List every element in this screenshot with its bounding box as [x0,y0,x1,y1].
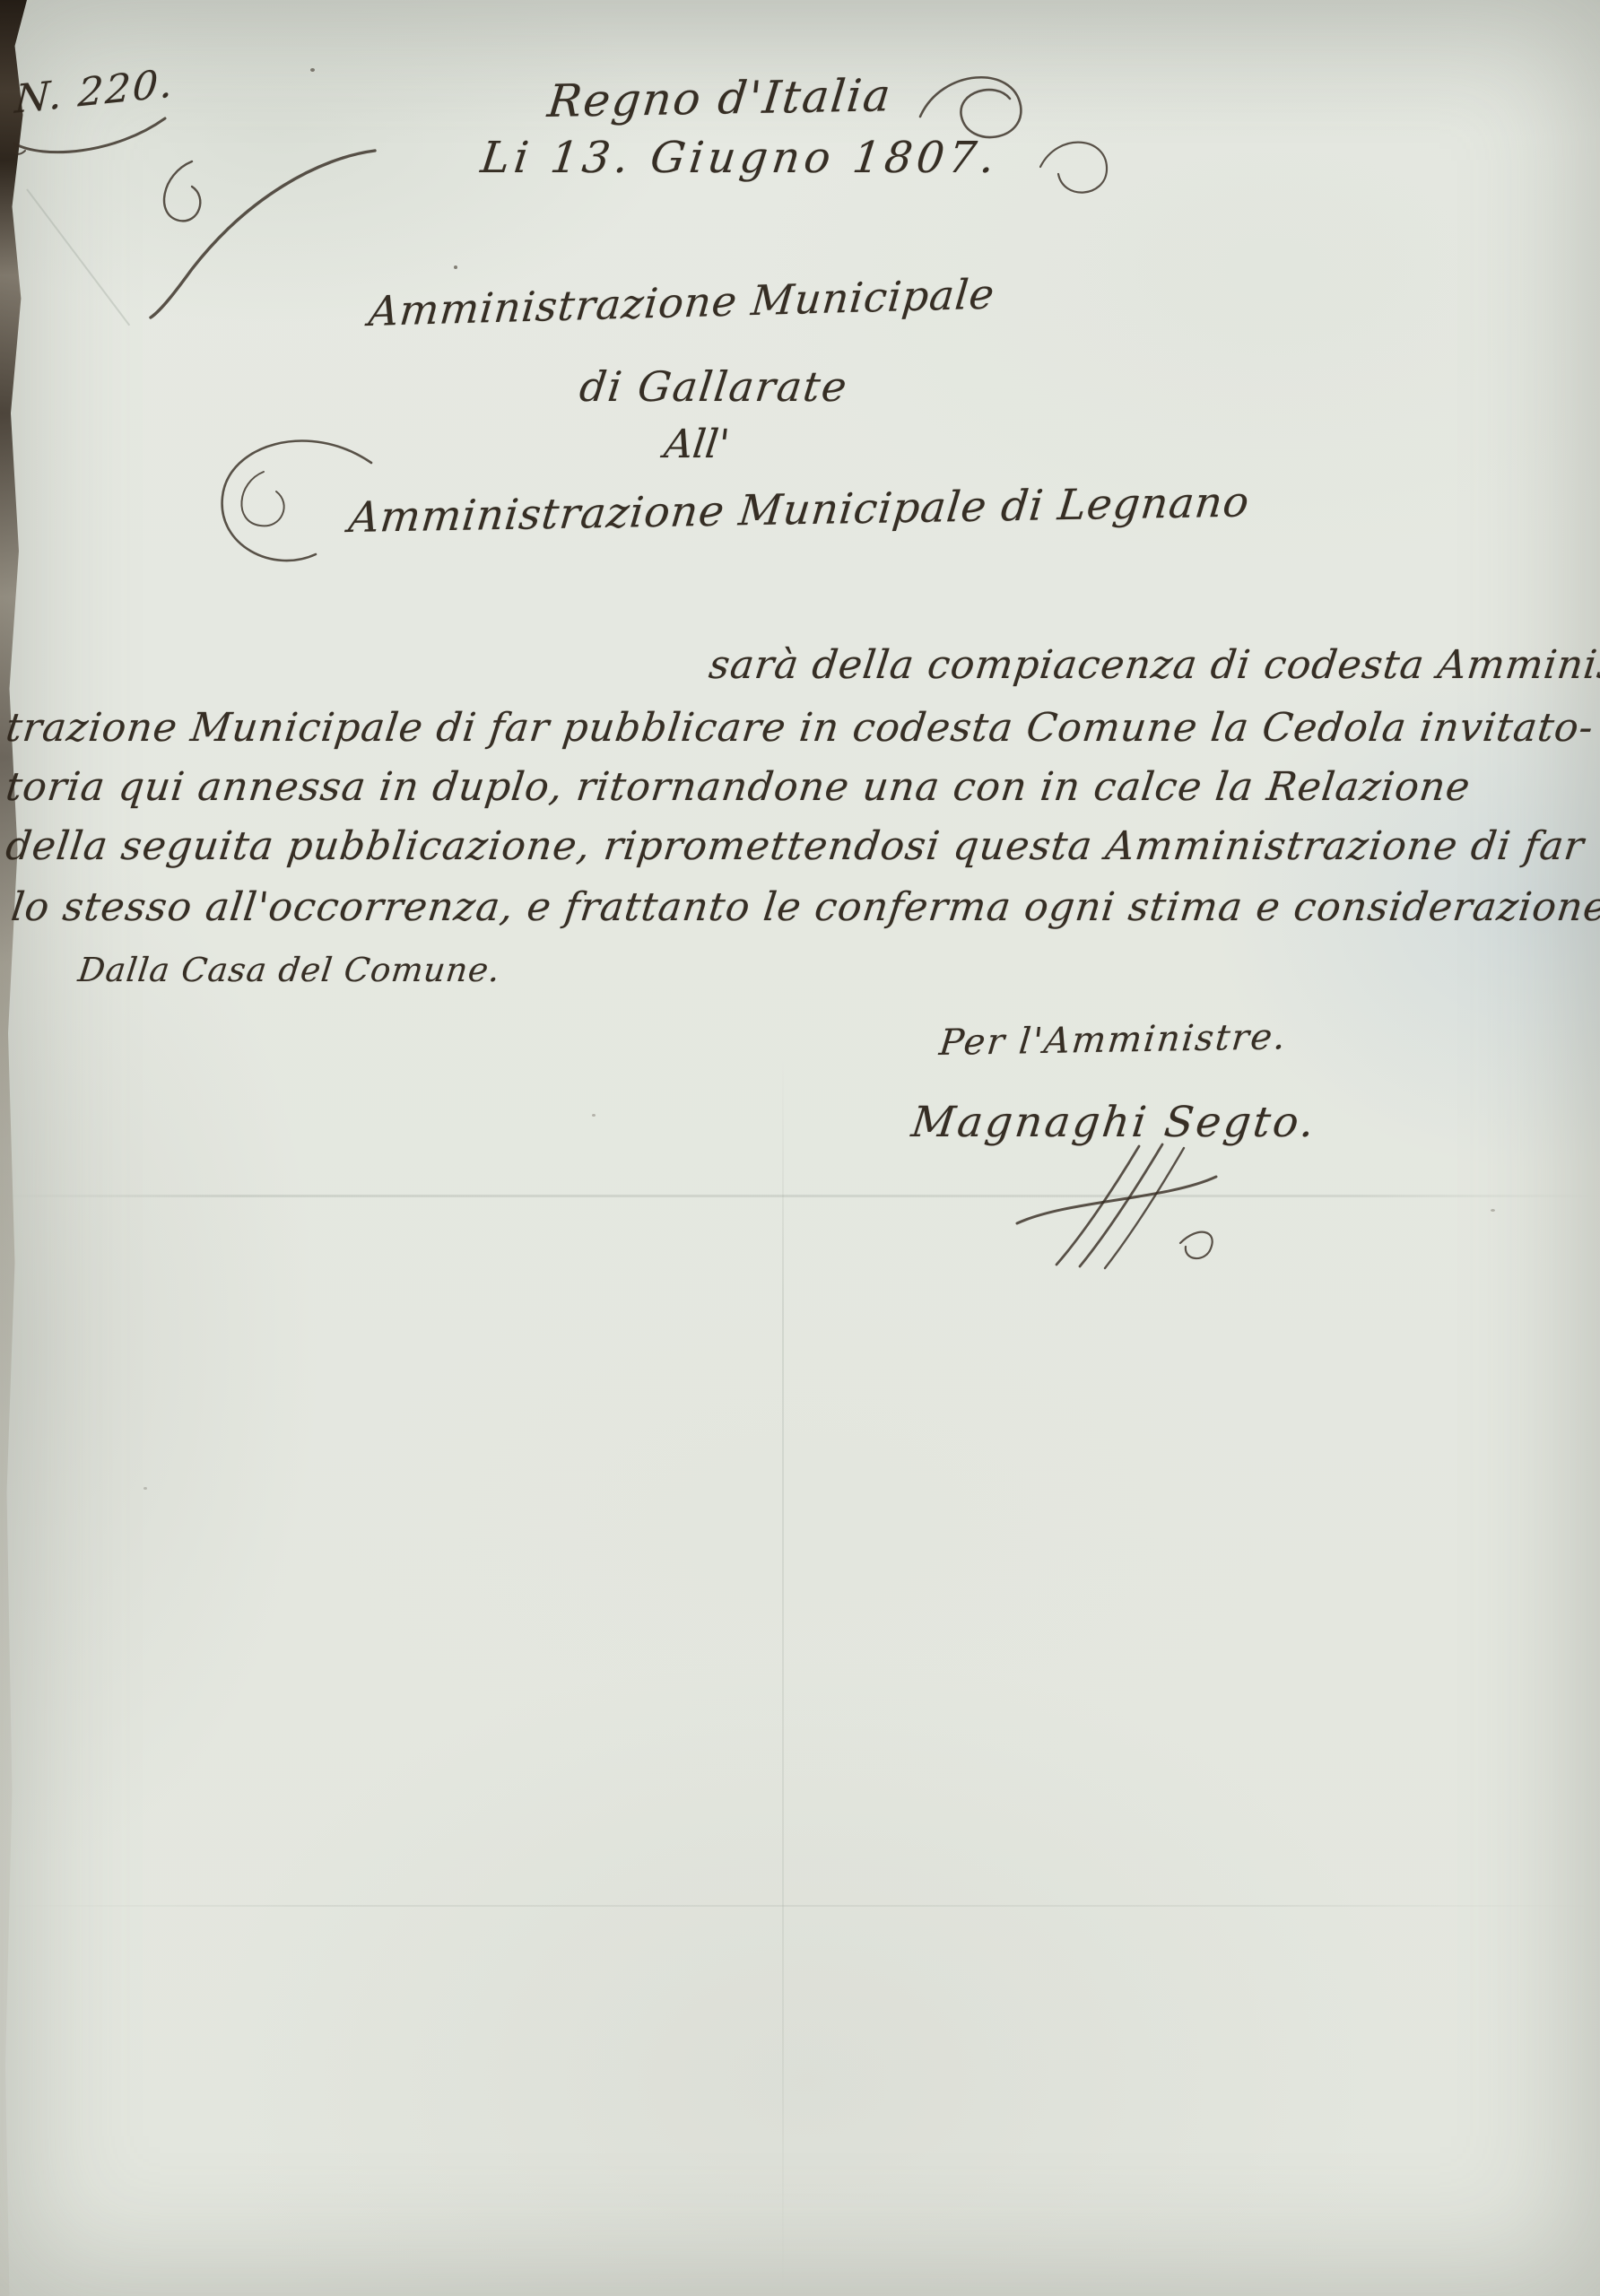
signature-role: Per l'Amministre. [937,1016,1289,1064]
signature-name: Magnaghi Segto. [909,1098,1319,1147]
body-line: lo stesso all'occorrenza, e frattanto le… [9,884,1600,930]
ink-speck [1491,1209,1495,1212]
addressee-line: Amministrazione Municipale di Legnano [346,478,1252,543]
left-margin-flourish [140,135,400,323]
fold-crease-horizontal [0,1195,1600,1197]
body-line: della seguita pubblicazione, riprometten… [4,823,1587,869]
fold-crease-horizontal [0,1905,1600,1907]
fold-crease-vertical [782,1058,784,2296]
letterhead-state: Regno d'Italia [545,69,895,127]
letterhead-sender-line-1: Amministrazione Municipale [367,270,997,335]
fold-crease-diagonal [26,188,130,326]
letterhead-sender-line-2: di Gallarate [577,362,851,411]
closing-place: Dalla Casa del Comune. [76,951,503,989]
ink-speck [143,1487,147,1490]
signature-flourish [1004,1137,1229,1272]
manuscript-page: N. 220. Regno d'Italia Li 13. Giugno 180… [0,0,1600,2296]
letterhead-date: Li 13. Giugno 1807. [478,133,1002,183]
body-line: sarà della compiacenza di codesta Ammini… [707,642,1600,688]
body-line: toria qui annessa in duplo, ritornandone… [4,764,1474,810]
ink-speck [592,1114,596,1117]
body-line: trazione Municipale di far pubblicare in… [4,705,1596,751]
ink-speck [454,265,457,269]
registration-number: N. 220. [13,61,175,123]
address-intro: All' [662,422,732,467]
binding-edge-shadow [0,0,27,2296]
ink-speck [310,68,315,72]
